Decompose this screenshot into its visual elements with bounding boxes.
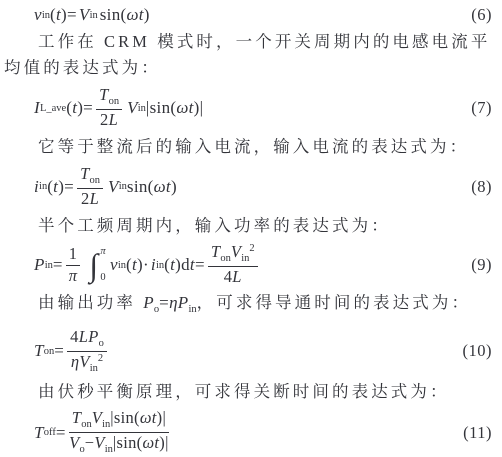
math-token: v [34,5,42,25]
equation-number: (10) [463,341,493,361]
equation-9: Pin=1π∫π0vin(t)·iin(t)dt=TonVin24L (9) [4,243,492,287]
math-subscript: in [39,181,47,192]
fraction-denominator: Vo−Vin|sin(ωt)| [69,433,169,456]
fraction-numerator: Ton [96,86,122,110]
math-token: L [90,189,99,208]
math-subscript: in [138,103,146,114]
math-token: d [181,255,190,275]
math-token: T [72,408,81,427]
math-token: )= [58,177,74,197]
math-token: )= [77,98,93,118]
math-token: = [159,293,169,312]
equation-11-math: Toff=TonVin|sin(ωt)|Vo−Vin|sin(ωt)| [34,409,172,456]
math-token: 2 [100,110,109,129]
math-token: = [56,423,66,443]
math-token: π [69,266,78,285]
math-subscript: on [109,96,120,107]
math-token: sin( [127,177,154,197]
math-token: η [169,293,178,312]
math-token: V [94,433,104,452]
math-token: L [232,267,241,286]
math-token: )= [61,5,77,25]
fraction: 1π [66,245,81,286]
paper-page: vin(t)=Vinsin(ωt) (6) 工作在 CRM 模式时，一个开关周期… [0,0,502,457]
math-token: ) [144,5,150,25]
math-token: ωt [142,433,159,452]
inline-math-po-eta-pin: Po=ηPin [143,293,196,312]
math-token: v [110,255,118,275]
math-token: V [127,98,138,118]
fraction: Ton2L [77,165,103,209]
equation-6: vin(t)=Vinsin(ωt) (6) [4,5,492,25]
math-superscript: 2 [98,353,103,364]
math-token: |sin( [110,408,140,427]
math-token: T [211,242,220,261]
fraction: Ton2L [96,86,122,130]
math-subscript: on [220,253,231,264]
integral-sign: ∫ [89,251,98,280]
math-token: LP [79,327,99,346]
math-subscript: in [118,260,126,271]
math-token: ) [171,177,177,197]
math-token: )| [157,408,166,427]
math-token: ωt [140,408,157,427]
math-token: T [34,341,44,361]
fraction-numerator: TonVin|sin(ωt)| [69,409,169,433]
math-subscript: in [90,10,98,21]
math-token: sin( [100,5,127,25]
equation-9-math: Pin=1π∫π0vin(t)·iin(t)dt=TonVin24L [34,243,261,287]
math-token: ηV [71,352,90,371]
math-token: P [34,255,45,275]
fraction-numerator: 4LPo [67,328,107,352]
paragraph-text: 由输出功率 [38,293,143,312]
math-token: 2 [81,189,90,208]
paragraph-crm-intro-line2: 均值的表达式为： [4,55,492,81]
math-token: V [92,408,102,427]
fraction-denominator: 4L [224,267,242,287]
math-subscript: off [44,427,56,438]
fraction-numerator: TonVin2 [208,243,258,267]
math-token: V [108,177,119,197]
fraction-denominator: 2L [100,110,118,130]
math-subscript: in [119,181,127,192]
math-subscript: in [45,260,53,271]
paragraph-crm-intro-line1: 工作在 CRM 模式时，一个开关周期内的电感电流平 [4,29,492,55]
fraction-denominator: 2L [81,189,99,209]
math-token: L [109,110,118,129]
fraction-numerator: Ton [77,165,103,189]
math-token: P [143,293,154,312]
math-token: = [195,255,205,275]
math-token: P [178,293,189,312]
math-subscript: on [90,175,101,186]
math-subscript: o [99,338,104,349]
fraction-denominator: ηVin2 [71,352,103,375]
math-subscript: in [105,444,113,455]
math-subscript: in [188,304,196,315]
math-token: ωt [154,177,171,197]
integral-lower-limit: 0 [100,273,106,284]
equation-6-math: vin(t)=Vinsin(ωt) [34,5,150,25]
math-token: 4 [224,267,233,286]
paragraph-output-power: 由输出功率 Po=ηPin，可求得导通时间的表达式为： [4,290,492,323]
paragraph-rectified-current: 它等于整流后的输入电流，输入电流的表达式为： [4,134,492,160]
math-token: V [231,242,241,261]
equation-number: (9) [471,255,492,275]
math-token: ωt [126,5,143,25]
integral-upper-limit: π [100,247,106,258]
math-token: V [69,433,79,452]
equation-7: IL_ave(t)=Ton2LVin|sin(ωt)| (7) [4,86,492,130]
math-subscript: on [81,419,92,430]
math-token: T [80,164,89,183]
fraction: TonVin24L [208,243,258,287]
math-subscript: in [156,260,164,271]
math-subscript: in [90,363,98,374]
equation-10-math: Ton=4LPoηVin2 [34,328,110,375]
integral-limits: π0 [100,247,106,283]
math-subscript: L_ave [40,103,66,114]
math-token: )| [159,433,168,452]
math-token: ωt [176,98,193,118]
equation-8-math: iin(t)=Ton2LVinsin(ωt) [34,165,177,209]
fraction-numerator: 1 [66,245,81,266]
equation-7-math: IL_ave(t)=Ton2LVin|sin(ωt)| [34,86,203,130]
math-token: |sin( [146,98,176,118]
math-token: 1 [69,244,78,263]
math-token: T [34,423,44,443]
integral: ∫π0 [89,247,106,283]
paragraph-volt-second-balance: 由伏秒平衡原理，可求得关断时间的表达式为： [4,379,492,405]
fraction-denominator: π [69,266,78,286]
math-token: )| [194,98,204,118]
paragraph-text: ，可求得导通时间的表达式为： [197,293,471,312]
paragraph-input-power: 半个工频周期内，输入功率的表达式为： [4,213,492,239]
math-token: = [53,255,63,275]
equation-number: (8) [471,177,492,197]
math-token: T [99,85,108,104]
equation-number: (6) [471,5,492,25]
math-token: )· [137,255,149,275]
equation-number: (7) [471,98,492,118]
math-token: 4 [70,327,79,346]
math-token: = [54,341,64,361]
equation-number: (11) [463,423,492,443]
equation-8: iin(t)=Ton2LVinsin(ωt) (8) [4,165,492,209]
math-token: V [79,5,90,25]
equation-11: Toff=TonVin|sin(ωt)|Vo−Vin|sin(ωt)| (11) [4,409,492,456]
math-subscript: on [44,346,55,357]
fraction: TonVin|sin(ωt)|Vo−Vin|sin(ωt)| [69,409,169,456]
equation-10: Ton=4LPoηVin2 (10) [4,328,492,375]
math-subscript: in [42,10,50,21]
math-token: − [85,433,95,452]
fraction: 4LPoηVin2 [67,328,107,375]
math-superscript: 2 [249,243,254,254]
math-token: |sin( [113,433,143,452]
math-subscript: in [241,253,249,264]
